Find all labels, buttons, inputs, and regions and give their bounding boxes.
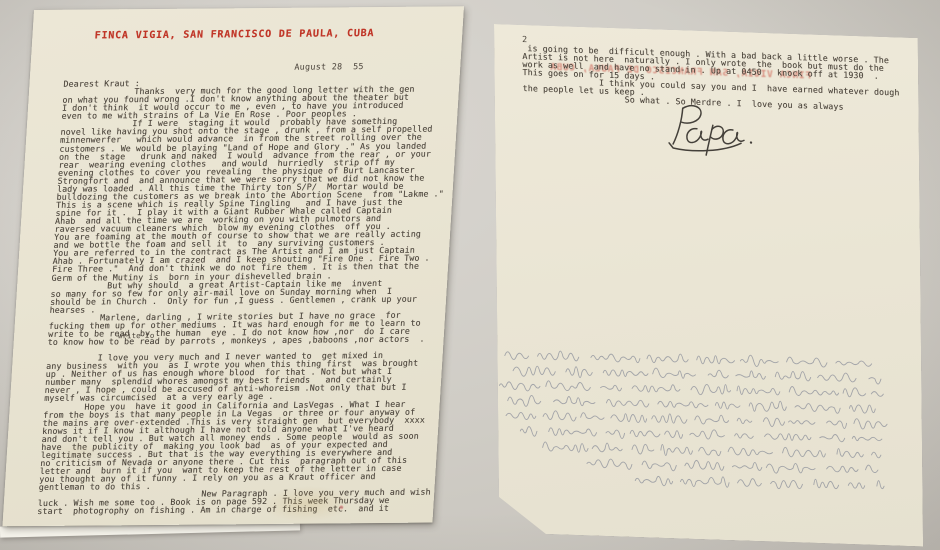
mirrored-handwriting	[494, 344, 896, 508]
letter-page-1: FINCA VIGIA, SAN FRANCISCO DE PAULA, CUB…	[2, 6, 464, 526]
letterhead: FINCA VIGIA, SAN FRANCISCO DE PAULA, CUB…	[32, 27, 463, 42]
date-line: August 28 55	[294, 61, 364, 72]
letter-page-2: 2 FINCA VIGIA, SAN FRANCISCO DE PAULA, C…	[494, 24, 923, 547]
typed-insertion: write to	[118, 331, 155, 340]
papa-signature	[653, 97, 784, 161]
paper-stain	[261, 485, 353, 522]
